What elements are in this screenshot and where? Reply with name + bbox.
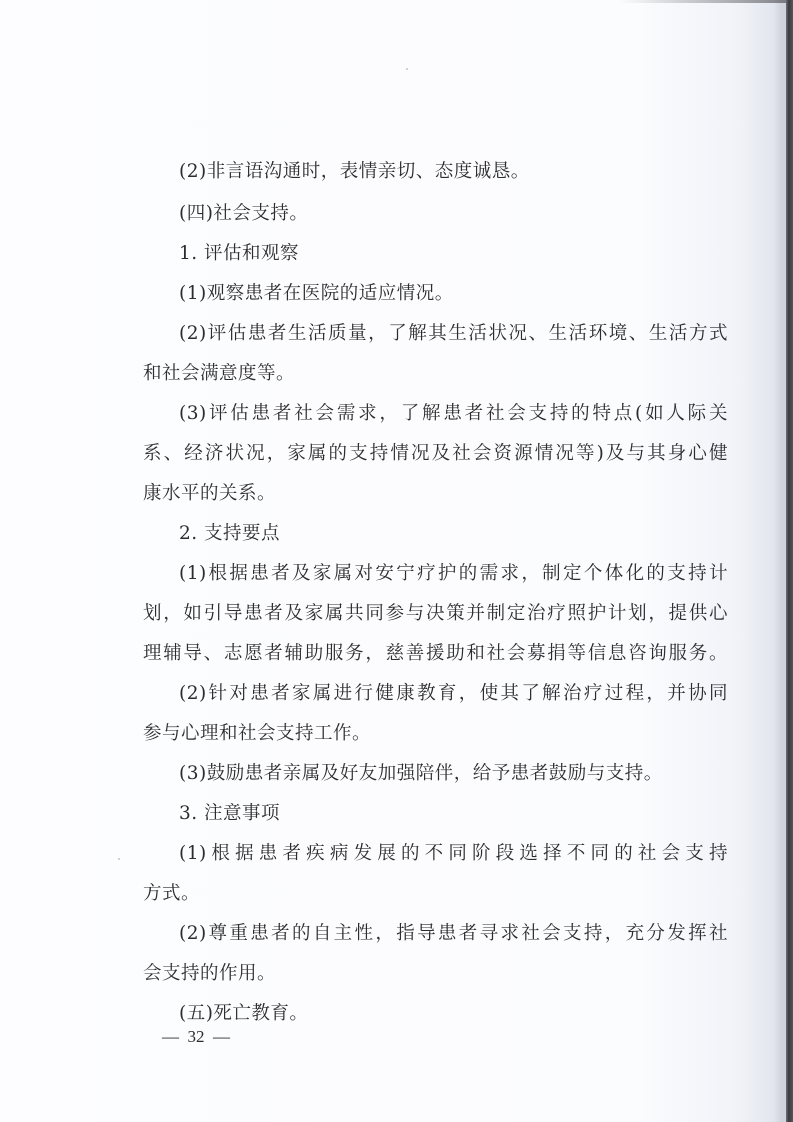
- text-line: 2. 支持要点: [179, 522, 280, 546]
- text-line: 康水平的关系。: [143, 482, 276, 506]
- text-line: 系、经济状况，家属的支持情况及社会资源情况等)及与其身心健: [143, 442, 728, 466]
- text-line: 3. 注意事项: [179, 802, 280, 826]
- text-line: 1. 评估和观察: [179, 242, 299, 266]
- text-line: (1)根据患者疾病发展的不同阶段选择不同的社会支持: [179, 842, 728, 866]
- document-page: (2)非言语沟通时，表情亲切、态度诚恳。(四)社会支持。1. 评估和观察(1)观…: [0, 0, 793, 1122]
- text-line: (五)死亡教育。: [179, 1002, 308, 1026]
- text-line: 理辅导、志愿者辅助服务，慈善援助和社会募捐等信息咨询服务。: [143, 642, 728, 666]
- text-line: (3)评估患者社会需求，了解患者社会支持的特点(如人际关: [179, 402, 728, 426]
- text-line: 方式。: [143, 882, 200, 906]
- scan-speck: [118, 858, 120, 860]
- text-line: (2)评估患者生活质量，了解其生活状况、生活环境、生活方式: [179, 322, 728, 346]
- text-line: (2)针对患者家属进行健康教育，使其了解治疗过程，并协同: [179, 682, 728, 706]
- text-line: 和社会满意度等。: [143, 362, 295, 386]
- scan-top-edge: [620, 0, 793, 3]
- scan-speck: [406, 68, 408, 70]
- text-line: 参与心理和社会支持工作。: [143, 722, 371, 746]
- text-line: 会支持的作用。: [143, 962, 276, 986]
- scan-binding-edge: [786, 0, 793, 1122]
- page-number: — 32 —: [162, 1026, 230, 1048]
- text-line: (2)非言语沟通时，表情亲切、态度诚恳。: [179, 160, 530, 184]
- text-line: (3)鼓励患者亲属及好友加强陪伴，给予患者鼓励与支持。: [179, 762, 663, 786]
- text-line: (2)尊重患者的自主性，指导患者寻求社会支持，充分发挥社: [179, 922, 728, 946]
- text-line: (1)根据患者及家属对安宁疗护的需求，制定个体化的支持计: [179, 562, 728, 586]
- text-line: (四)社会支持。: [179, 202, 308, 226]
- text-line: 划，如引导患者及家属共同参与决策并制定治疗照护计划，提供心: [143, 602, 728, 626]
- text-line: (1)观察患者在医院的适应情况。: [179, 282, 454, 306]
